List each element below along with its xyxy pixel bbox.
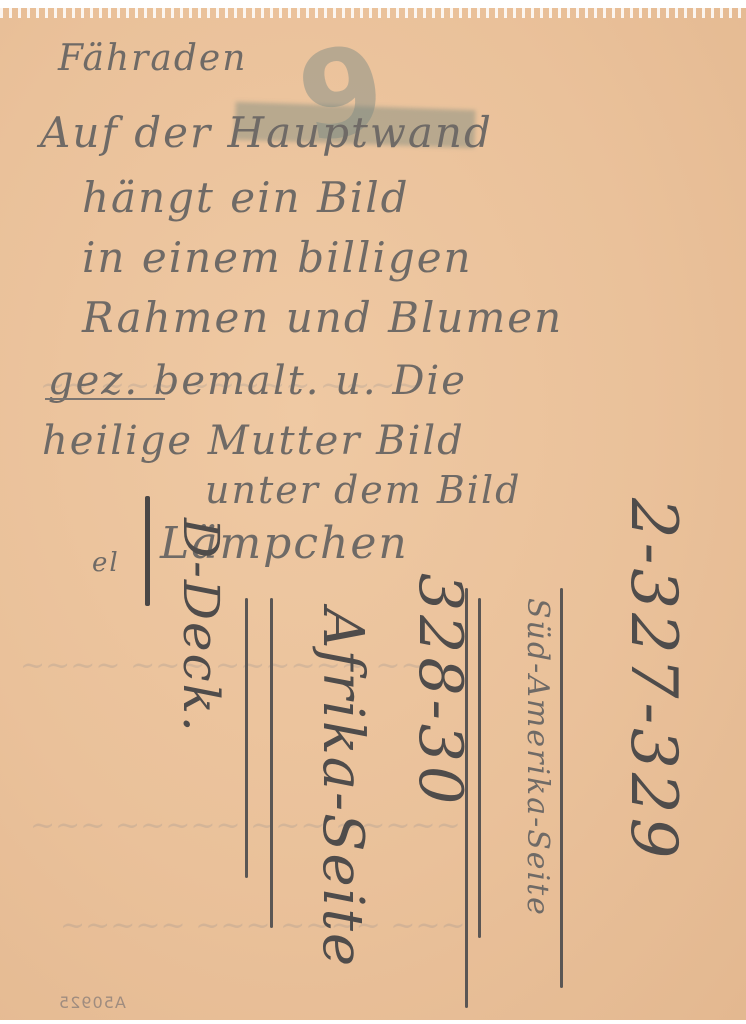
vertical-note-label: Süd-Amerika-Seite <box>520 598 555 917</box>
underline-rule <box>465 588 468 1008</box>
handwritten-line: Fähraden <box>58 38 247 79</box>
underline-rule <box>245 598 248 878</box>
strikethrough <box>45 398 165 400</box>
show-through-text: ~~~~~ ~~~ ~~~~ ~~~ <box>60 908 466 943</box>
underline-rule <box>560 588 563 988</box>
vertical-note-label: Afrika-Seite <box>310 608 375 968</box>
handwritten-line: hängt ein Bild <box>82 173 410 222</box>
handwritten-line: unter dem Bild <box>205 468 521 512</box>
handwritten-line: el <box>92 548 120 578</box>
handwritten-line: heilige Mutter Bild <box>42 418 465 464</box>
handwritten-line: Rahmen und Blumen <box>82 293 563 342</box>
postcard: ~~ ~~~ ~~~~~ ~~~~ ~~~~ ~~~ ~~~~~~ ~~ ~~~… <box>0 8 746 1020</box>
underline-rule <box>270 598 273 928</box>
handwritten-line: in einem billigen <box>82 233 473 282</box>
perforated-edge <box>0 8 746 18</box>
handwritten-line: Auf der Hauptwand <box>40 108 493 157</box>
vertical-note-label: D-Deck. <box>172 518 230 734</box>
archive-stamp: A50925 <box>58 993 126 1012</box>
scribble-mark <box>145 496 150 606</box>
underline-rule <box>478 598 481 938</box>
vertical-note-numbers: 2-327-329 <box>616 498 690 862</box>
